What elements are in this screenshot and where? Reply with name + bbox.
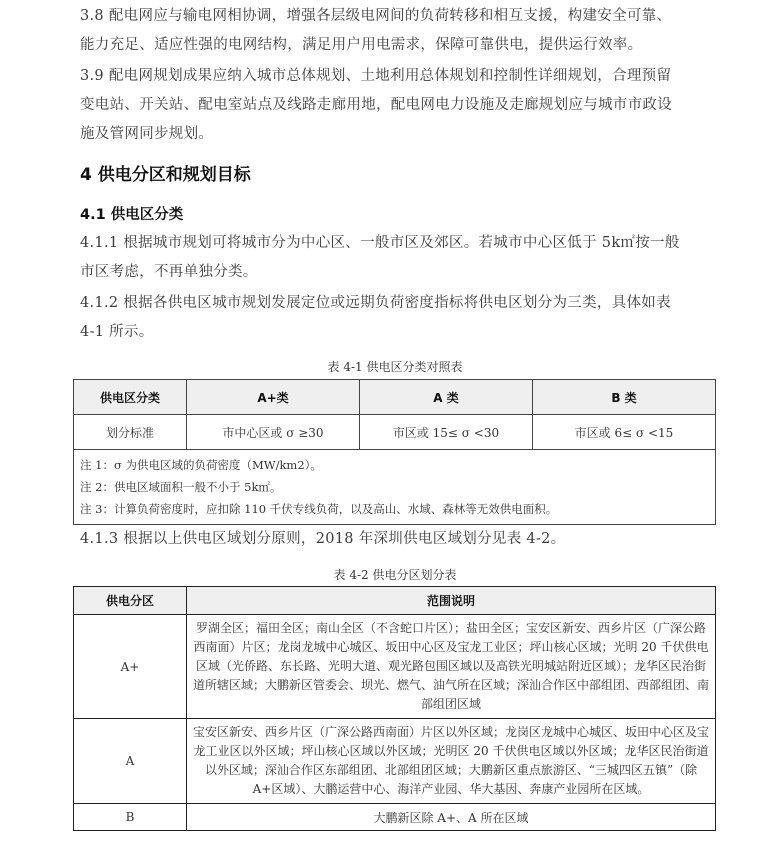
table-header-cell: 供电分区 [74, 587, 187, 615]
section-heading-4: 4 供电分区和规划目标 [80, 160, 251, 185]
zone-cell: A+ [74, 615, 187, 719]
table-cell: 划分标准 [74, 415, 187, 450]
paragraph-4-1-1: 4.1.1 根据城市规划可将城市分为中心区、一般市区及郊区。若城市中心区低于 5… [80, 229, 720, 287]
table-header-row: 供电分区 范围说明 [74, 587, 716, 615]
table-row: 划分标准 市中心区或 σ ≥30 市区或 15≤ σ <30 市区或 6≤ σ … [74, 415, 716, 450]
table-header-cell: A 类 [360, 380, 533, 415]
table-row: B 大鹏新区除 A+、A 所在区域 [74, 804, 716, 831]
note-2: 注 2：供电区域面积一般不小于 5k㎡。 [80, 476, 709, 498]
paragraph-4-1-2: 4.1.2 根据各供电区城市规划发展定位或远期负荷密度指标将供电区划分为三类，具… [80, 289, 720, 347]
note-3: 注 3：计算负荷密度时，应扣除 110 千伏专线负荷，以及高山、水域、森林等无效… [80, 498, 709, 520]
table-row: A 宝安区新安、西乡片区（广深公路西南面）片区以外区域；龙岗区龙城中心城区、坂田… [74, 719, 716, 804]
zone-cell: B [74, 804, 187, 831]
paragraph-3-9: 3.9 配电网规划成果应纳入城市总体规划、土地利用总体规划和控制性详细规划，合理… [80, 62, 720, 149]
table-row: A+ 罗湖全区；福田全区；南山全区（不含蛇口片区）；盐田全区；宝安区新安、西乡片… [74, 615, 716, 719]
text-line: 3.9 配电网规划成果应纳入城市总体规划、土地利用总体规划和控制性详细规划，合理… [80, 62, 720, 91]
text-line: 4.1.2 根据各供电区城市规划发展定位或远期负荷密度指标将供电区划分为三类，具… [80, 289, 720, 318]
desc-cell: 宝安区新安、西乡片区（广深公路西南面）片区以外区域；龙岗区龙城中心城区、坂田中心… [187, 719, 716, 804]
table-cell: 市区或 15≤ σ <30 [360, 415, 533, 450]
table-header-cell: 范围说明 [187, 587, 716, 615]
text-line: 4-1 所示。 [80, 318, 720, 347]
table-header-cell: B 类 [533, 380, 716, 415]
table-header-cell: A+类 [187, 380, 360, 415]
text-line: 3.8 配电网应与输电网相协调，增强各层级电网间的负荷转移和相互支援，构建安全可… [80, 2, 720, 31]
note-1: 注 1：σ 为供电区域的负荷密度（MW/km2）。 [80, 454, 709, 476]
table-header-cell: 供电区分类 [74, 380, 187, 415]
section-heading-4-1: 4.1 供电区分类 [80, 203, 183, 224]
table-notes: 注 1：σ 为供电区域的负荷密度（MW/km2）。 注 2：供电区域面积一般不小… [74, 450, 716, 525]
table-4-1-caption: 表 4-1 供电区分类对照表 [0, 358, 760, 375]
table-4-2: 供电分区 范围说明 A+ 罗湖全区；福田全区；南山全区（不含蛇口片区）；盐田全区… [73, 586, 716, 831]
text-line: 施及管网同步规划。 [80, 120, 720, 149]
text-line: 4.1.1 根据城市规划可将城市分为中心区、一般市区及郊区。若城市中心区低于 5… [80, 229, 720, 258]
table-4-2-caption: 表 4-2 供电分区划分表 [0, 566, 760, 583]
desc-cell: 罗湖全区；福田全区；南山全区（不含蛇口片区）；盐田全区；宝安区新安、西乡片区（广… [187, 615, 716, 719]
paragraph-4-1-3: 4.1.3 根据以上供电区域划分原则，2018 年深圳供电区域划分见表 4-2。 [80, 525, 720, 554]
text-line: 能力充足、适应性强的电网结构，满足用户用电需求，保障可靠供电，提供运行效率。 [80, 31, 720, 60]
zone-cell: A [74, 719, 187, 804]
text-line: 变电站、开关站、配电室站点及线路走廊用地，配电网电力设施及走廊规划应与城市市政设 [80, 91, 720, 120]
table-cell: 市区或 6≤ σ <15 [533, 415, 716, 450]
text-line: 市区考虑，不再单独分类。 [80, 258, 720, 287]
table-header-row: 供电区分类 A+类 A 类 B 类 [74, 380, 716, 415]
table-notes-row: 注 1：σ 为供电区域的负荷密度（MW/km2）。 注 2：供电区域面积一般不小… [74, 450, 716, 525]
desc-cell: 大鹏新区除 A+、A 所在区域 [187, 804, 716, 831]
paragraph-3-8: 3.8 配电网应与输电网相协调，增强各层级电网间的负荷转移和相互支援，构建安全可… [80, 2, 720, 60]
table-4-1: 供电区分类 A+类 A 类 B 类 划分标准 市中心区或 σ ≥30 市区或 1… [73, 379, 716, 525]
table-cell: 市中心区或 σ ≥30 [187, 415, 360, 450]
